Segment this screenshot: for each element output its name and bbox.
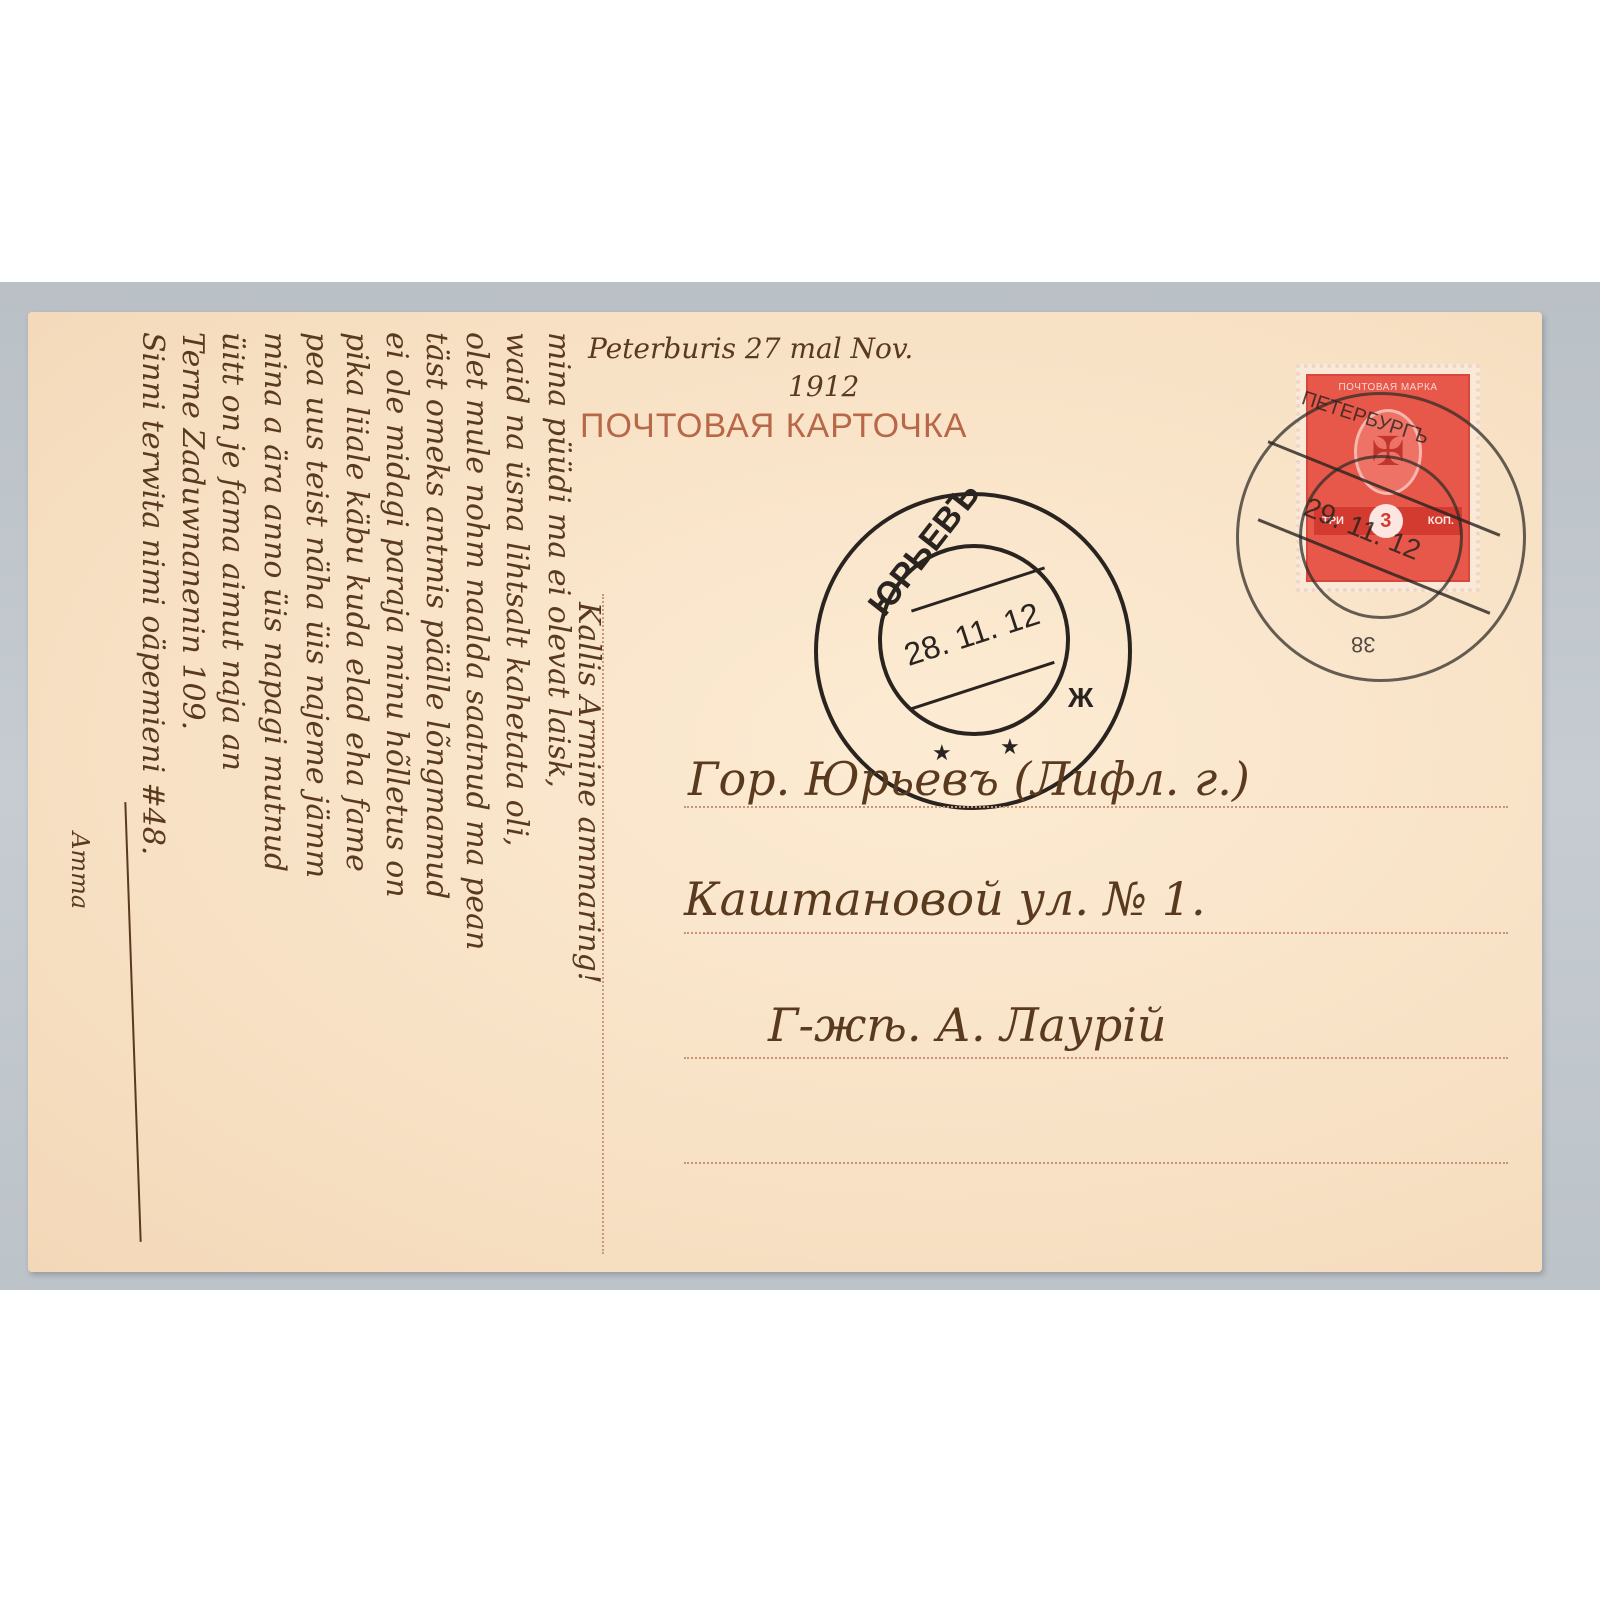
message-line: täst omeks antmis päälle lõngmamud <box>419 332 454 899</box>
address-line-city: Гор. Юрьевъ (Лифл. г.) <box>688 752 1250 806</box>
postcard: Peterburis 27 mal Nov. 1912 ПОЧТОВАЯ КАР… <box>28 312 1542 1272</box>
card-title: ПОЧТОВАЯ КАРТОЧКА <box>580 407 967 446</box>
message-area: Kallis Armine ammaring! mina püüdi ma ei… <box>28 312 608 1272</box>
address-rule <box>684 806 1508 808</box>
dateline: Peterburis 27 mal Nov. 1912 <box>588 332 913 365</box>
postmark-letter: Ж <box>1068 682 1093 714</box>
message-signature: Amma <box>66 832 94 909</box>
message-line: pea uus teist näha üis najeme jämm <box>299 332 334 878</box>
address-rule <box>684 1162 1508 1164</box>
address-line-street: Каштановой ул. № 1. <box>684 872 1206 926</box>
message-line: waid na üsna lihtsalt kahetata oli, <box>499 332 534 846</box>
address-line-recipient: Г-жѣ. А. Лаурiй <box>768 998 1166 1052</box>
dateline-text: Peterburis 27 mal Nov. <box>588 332 913 365</box>
message-line: mina püüdi ma ei olevat laisk, <box>541 332 576 788</box>
message-line: mina a ära anno üis napagi mutnud <box>257 332 292 872</box>
message-line: Sinni terwita nimi oäpemieni #48. <box>135 332 170 855</box>
message-line: üitt on je fama aimut naja an <box>215 332 250 771</box>
message-line: Terne Zaduwnanenin 109. <box>175 332 210 730</box>
address-rule <box>684 1057 1508 1059</box>
address-rule <box>684 932 1508 934</box>
postmark-footer: 38 <box>1351 631 1375 657</box>
underline-stroke <box>124 802 141 1242</box>
postmark-town: ПЕТЕРБУРГЪ <box>1299 387 1432 450</box>
dateline-year: 1912 <box>788 370 859 403</box>
postmark-petersburg: ПЕТЕРБУРГЪ 29. 11. 12 38 <box>1236 392 1526 682</box>
message-line: pika liiale käbu kuda elad eha fame <box>339 332 374 872</box>
message-line: ei ole midagi paraja minu hõlletus on <box>379 332 414 898</box>
message-line: Kallis Armine ammaring! <box>571 602 606 984</box>
message-line: olet mule nohm naalda saatnud ma pean <box>459 332 494 950</box>
